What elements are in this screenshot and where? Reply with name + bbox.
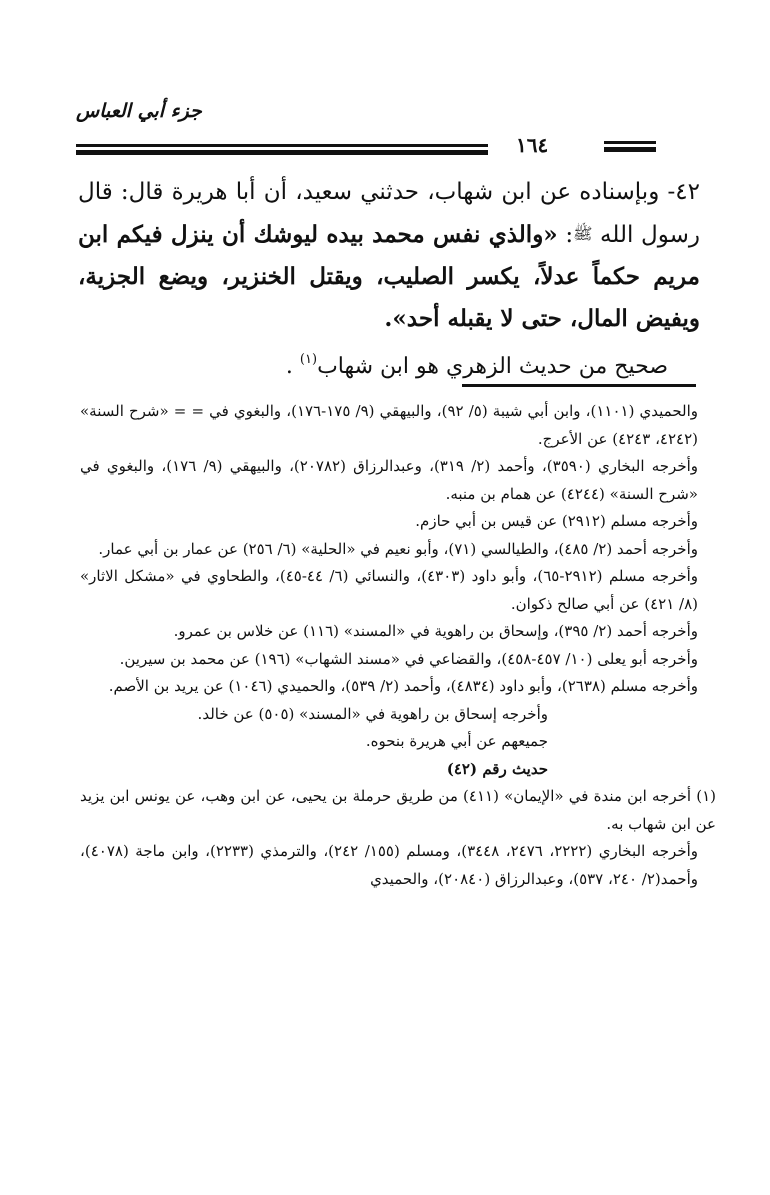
- note-line: وأخرجه مسلم (٢٩١٢) عن قيس بن أبي حازم.: [80, 508, 698, 536]
- page-number: ١٦٤: [516, 133, 548, 157]
- hadith-text: ٤٢- وبإسناده عن ابن شهاب، حدثني سعيد، أن…: [78, 172, 700, 340]
- grading-text: صحيح من حديث الزهري هو ابن شهاب: [317, 354, 668, 379]
- takhrij-notes: والحميدي (١١٠١)، وابن أبي شيبة (٥/ ٩٢)، …: [80, 398, 698, 893]
- header-rule-long: [76, 144, 488, 156]
- note-line-khalid: وأخرجه إسحاق بن راهوية في «المسند» (٥٠٥)…: [80, 701, 698, 729]
- running-header: جزء أبي العباس ١٦٤: [76, 100, 706, 160]
- note-line: والحميدي (١١٠١)، وابن أبي شيبة (٥/ ٩٢)، …: [80, 398, 698, 453]
- header-rule-short: [604, 141, 656, 153]
- footnote-1: (١) أخرجه ابن مندة في «الإيمان» (٤١١) من…: [80, 783, 716, 838]
- hadith-number-heading: حديث رقم (٤٢): [80, 756, 698, 784]
- footnote-1-continued: وأخرجه البخاري (٢٢٢٢، ٢٤٧٦، ٣٤٤٨)، ومسلم…: [80, 838, 698, 893]
- note-line: وأخرجه أبو يعلى (١٠/ ٤٥٧-٤٥٨)، والقضاعي …: [80, 646, 698, 674]
- hadith-grading: صحيح من حديث الزهري هو ابن شهاب(١) .: [78, 340, 668, 387]
- note-line: وأخرجه أحمد (٢/ ٣٩٥)، وإسحاق بن راهوية ف…: [80, 618, 698, 646]
- grading-end: .: [286, 354, 300, 379]
- footnote-ref-1[interactable]: (١): [300, 352, 317, 367]
- hadith-colon: :: [558, 222, 573, 248]
- note-summary: جميعهم عن أبي هريرة بنحوه.: [80, 728, 698, 756]
- note-line: وأخرجه البخاري (٣٥٩٠)، وأحمد (٢/ ٣١٩)، و…: [80, 453, 698, 508]
- salawat-icon: ﷺ: [573, 224, 592, 243]
- book-title: جزء أبي العباس: [76, 100, 202, 122]
- note-line: وأخرجه مسلم (٢٩١٢-٦٥)، وأبو داود (٤٣٠٣)،…: [80, 563, 698, 618]
- note-line: وأخرجه مسلم (٢٦٣٨)، وأبو داود (٤٨٣٤)، وأ…: [80, 673, 698, 701]
- note-line: وأخرجه أحمد (٢/ ٤٨٥)، والطيالسي (٧١)، وأ…: [80, 536, 698, 564]
- footnote-separator: [462, 384, 696, 387]
- book-page: جزء أبي العباس ١٦٤ ٤٢- وبإسناده عن ابن ش…: [0, 0, 770, 1195]
